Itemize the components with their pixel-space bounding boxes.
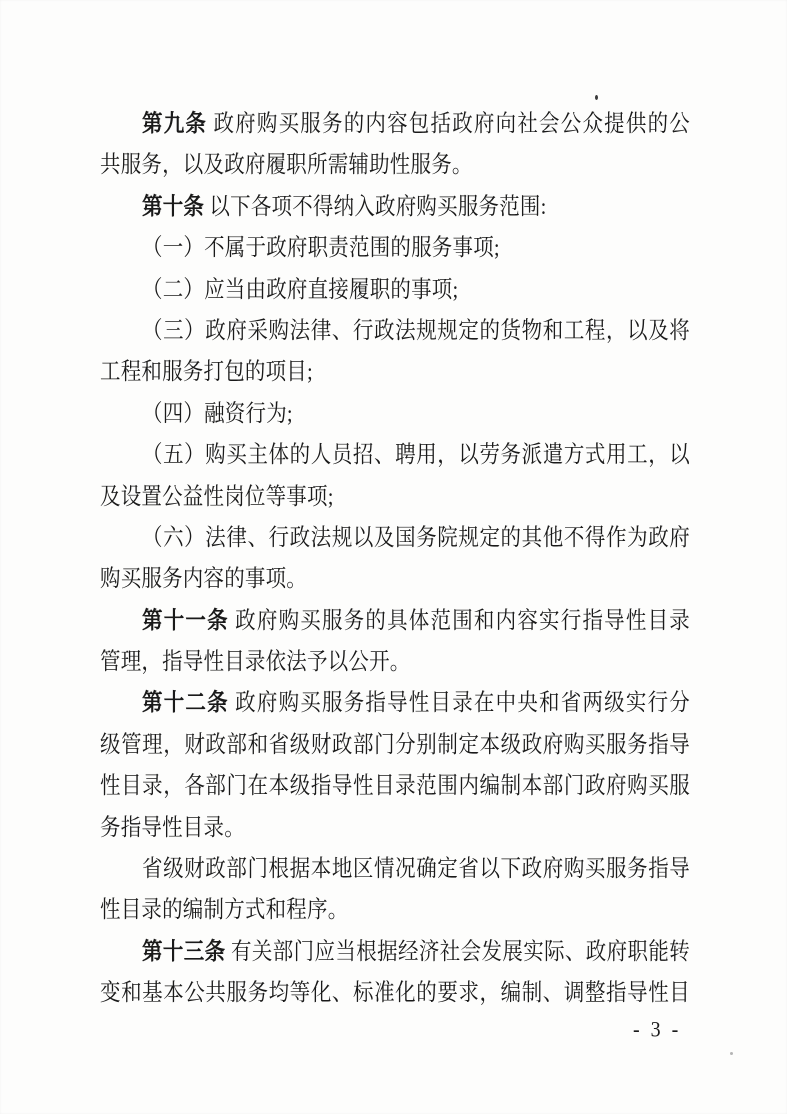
ink-speck xyxy=(730,1052,733,1055)
text-line: 性目录，各部门在本级指导性目录范围内编制本部门政府购买服 xyxy=(100,763,690,811)
text-line: 变和基本公共服务均等化、标准化的要求，编制、调整指导性目 xyxy=(100,970,690,1018)
text-line: 第十二条 政府购买服务指导性目录在中央和省两级实行分 xyxy=(100,680,690,728)
article-number: 第十三条 xyxy=(142,939,226,964)
article-number: 第十条 xyxy=(142,194,204,219)
article-number: 第九条 xyxy=(142,111,207,136)
text-line: 购买服务内容的事项。 xyxy=(100,556,690,604)
text-line: 性目录的编制方式和程序。 xyxy=(100,887,690,935)
text-block: 第九条 政府购买服务的内容包括政府向社会公众提供的公共服务，以及政府履职所需辅助… xyxy=(100,104,690,1015)
text-line: 共服务，以及政府履职所需辅助性服务。 xyxy=(100,142,690,190)
text-line: （一）不属于政府职责范围的服务事项; xyxy=(100,225,690,273)
ink-speck xyxy=(595,95,598,100)
article-number: 第十一条 xyxy=(142,608,229,633)
document-page: 第九条 政府购买服务的内容包括政府向社会公众提供的公共服务，以及政府履职所需辅助… xyxy=(0,0,787,1114)
article-number: 第十二条 xyxy=(142,691,229,716)
text-line: 及设置公益性岗位等事项; xyxy=(100,473,690,521)
text-line: 工程和服务打包的项目; xyxy=(100,349,690,397)
page-number: - 3 - xyxy=(633,1018,681,1043)
text-line: （五）购买主体的人员招、聘用，以劳务派遣方式用工，以 xyxy=(100,432,690,480)
